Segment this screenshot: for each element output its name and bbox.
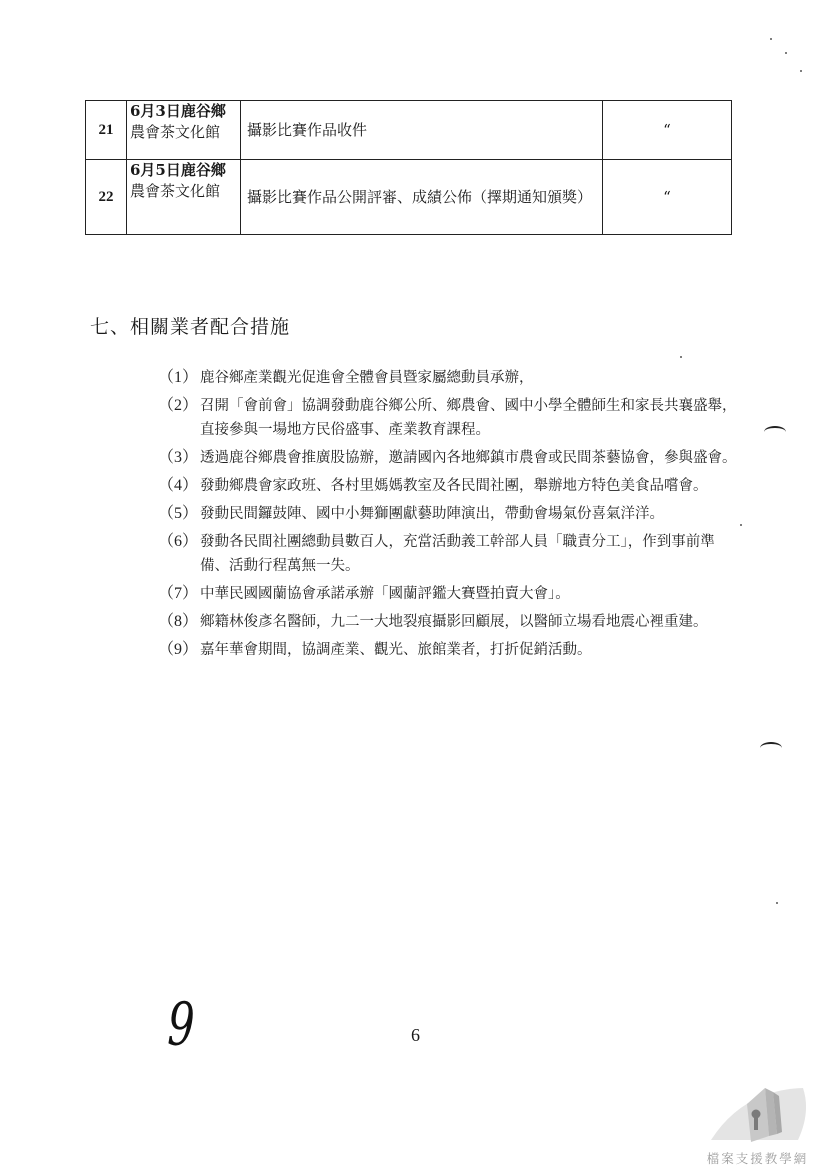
watermark: 檔案支援教學網 bbox=[700, 1082, 815, 1167]
schedule-table: 21 6月3日鹿谷鄉 農會茶文化館 攝影比賽作品收件 “ 22 6月5日鹿谷鄉 … bbox=[85, 100, 732, 235]
scan-artifact bbox=[760, 742, 782, 754]
list-item: （3）透過鹿谷鄉農會推廣股協辦，邀請國內各地鄉鎮市農會或民間茶藝協會，參與盛會。 bbox=[158, 446, 738, 470]
item-text: 中華民國國蘭協會承諾承辦「國蘭評鑑大賽暨拍賣大會」。 bbox=[200, 582, 738, 606]
scan-speck bbox=[785, 52, 787, 54]
scan-speck bbox=[770, 38, 772, 40]
item-number: （9） bbox=[158, 638, 200, 662]
item-number: （6） bbox=[158, 530, 200, 578]
event-venue: 農會茶文化館 bbox=[130, 123, 220, 141]
ditto-mark: “ bbox=[603, 101, 732, 160]
item-text: 發動鄉農會家政班、各村里媽媽教室及各民間社團，舉辦地方特色美食品嚐會。 bbox=[200, 474, 738, 498]
item-text: 鄉籍林俊彥名醫師，九二一大地裂痕攝影回顧展，以醫師立場看地震心裡重建。 bbox=[200, 610, 738, 634]
list-item: （2）召開「會前會」協調發動鹿谷鄉公所、鄉農會、國中小學全體師生和家長共襄盛舉，… bbox=[158, 394, 738, 442]
section-title: 七、相關業者配合措施 bbox=[90, 312, 290, 339]
list-item: （6）發動各民間社團總動員數百人，充當活動義工幹部人員「職責分工」，作到事前準備… bbox=[158, 530, 738, 578]
list-item: （4）發動鄉農會家政班、各村里媽媽教室及各民間社團，舉辦地方特色美食品嚐會。 bbox=[158, 474, 738, 498]
scan-speck bbox=[740, 524, 742, 526]
list-item: （1）鹿谷鄉產業觀光促進會全體會員暨家屬總動員承辦， bbox=[158, 366, 738, 390]
row-number: 21 bbox=[86, 101, 127, 160]
list-item: （7）中華民國國蘭協會承諾承辦「國蘭評鑑大賽暨拍賣大會」。 bbox=[158, 582, 738, 606]
table-row: 22 6月5日鹿谷鄉 農會茶文化館 攝影比賽作品公開評審、成績公佈（擇期通知頒獎… bbox=[86, 160, 732, 235]
scan-artifact bbox=[764, 426, 786, 438]
item-text: 發動各民間社團總動員數百人，充當活動義工幹部人員「職責分工」，作到事前準備、活動… bbox=[200, 530, 738, 578]
item-number: （7） bbox=[158, 582, 200, 606]
list-item: （9）嘉年華會期間，協調產業、觀光、旅館業者，打折促銷活動。 bbox=[158, 638, 738, 662]
handwritten-mark: 9 bbox=[166, 989, 195, 1061]
watermark-text: 檔案支援教學網 bbox=[700, 1149, 815, 1167]
scan-speck bbox=[680, 356, 682, 358]
measures-list: （1）鹿谷鄉產業觀光促進會全體會員暨家屬總動員承辦， （2）召開「會前會」協調發… bbox=[158, 366, 738, 666]
item-number: （5） bbox=[158, 502, 200, 526]
date-venue-cell: 6月3日鹿谷鄉 農會茶文化館 bbox=[127, 101, 241, 160]
item-number: （4） bbox=[158, 474, 200, 498]
page-number: 6 bbox=[411, 1025, 420, 1046]
event-item: 攝影比賽作品公開評審、成績公佈（擇期通知頒獎） bbox=[241, 160, 603, 235]
row-number: 22 bbox=[86, 160, 127, 235]
list-item: （5）發動民間鑼鼓陣、國中小舞獅團獻藝助陣演出，帶動會場氣份喜氣洋洋。 bbox=[158, 502, 738, 526]
item-text: 召開「會前會」協調發動鹿谷鄉公所、鄉農會、國中小學全體師生和家長共襄盛舉，直接參… bbox=[200, 394, 738, 442]
ditto-mark: “ bbox=[603, 160, 732, 235]
book-keyhole-logo-icon bbox=[703, 1082, 813, 1144]
item-number: （2） bbox=[158, 394, 200, 442]
scan-speck bbox=[776, 902, 778, 904]
event-venue: 農會茶文化館 bbox=[130, 182, 220, 200]
table-row: 21 6月3日鹿谷鄉 農會茶文化館 攝影比賽作品收件 “ bbox=[86, 101, 732, 160]
event-date: 6月3日鹿谷鄉 bbox=[130, 101, 240, 122]
scan-speck bbox=[800, 70, 802, 72]
list-item: （8）鄉籍林俊彥名醫師，九二一大地裂痕攝影回顧展，以醫師立場看地震心裡重建。 bbox=[158, 610, 738, 634]
item-text: 鹿谷鄉產業觀光促進會全體會員暨家屬總動員承辦， bbox=[200, 366, 738, 390]
item-text: 透過鹿谷鄉農會推廣股協辦，邀請國內各地鄉鎮市農會或民間茶藝協會，參與盛會。 bbox=[200, 446, 738, 470]
event-item: 攝影比賽作品收件 bbox=[241, 101, 603, 160]
event-date: 6月5日鹿谷鄉 bbox=[130, 160, 240, 181]
item-number: （8） bbox=[158, 610, 200, 634]
date-venue-cell: 6月5日鹿谷鄉 農會茶文化館 bbox=[127, 160, 241, 235]
item-number: （1） bbox=[158, 366, 200, 390]
item-text: 嘉年華會期間，協調產業、觀光、旅館業者，打折促銷活動。 bbox=[200, 638, 738, 662]
item-text: 發動民間鑼鼓陣、國中小舞獅團獻藝助陣演出，帶動會場氣份喜氣洋洋。 bbox=[200, 502, 738, 526]
item-number: （3） bbox=[158, 446, 200, 470]
